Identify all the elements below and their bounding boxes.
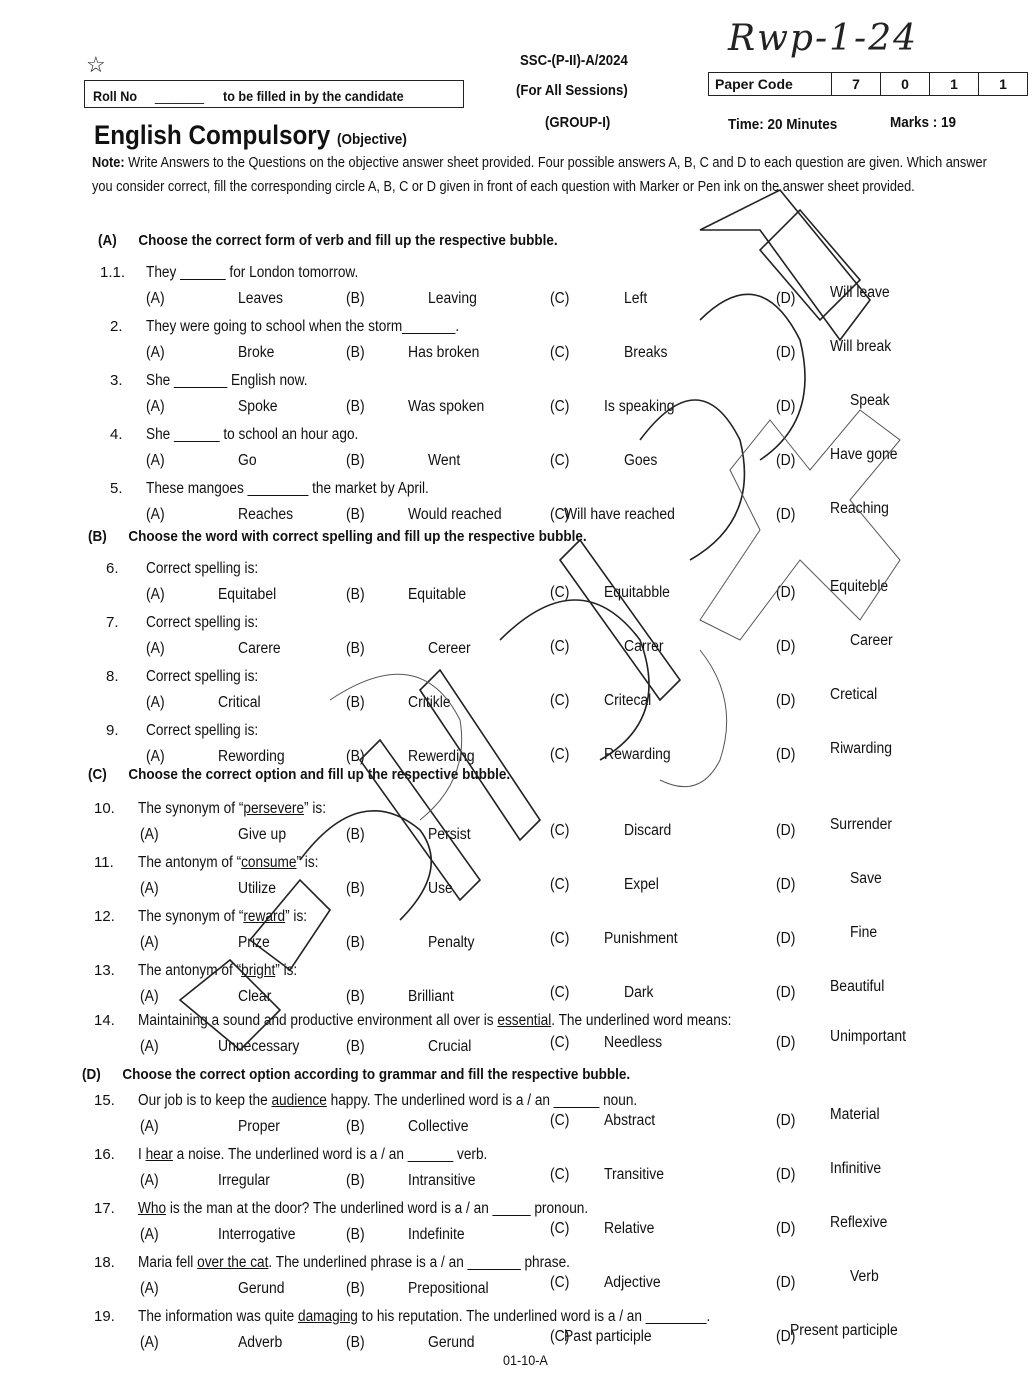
option-letter: (D) [776, 876, 795, 894]
option-b[interactable]: Gerund [428, 1334, 475, 1352]
option-d[interactable]: Fine [850, 924, 877, 942]
question-text-pre: Correct spelling is: [146, 614, 258, 631]
option-d[interactable]: Speak [850, 392, 890, 410]
option-a[interactable]: Gerund [238, 1280, 285, 1298]
option-c[interactable]: Punishment [604, 930, 678, 948]
question-text-pre: Correct spelling is: [146, 722, 258, 739]
question-text-post: ” is: [285, 908, 307, 925]
option-d[interactable]: Riwarding [830, 740, 892, 758]
question-text-pre: She ______ to school an hour ago. [146, 426, 358, 443]
page-code: 01-10-A [503, 1352, 548, 1368]
question-number: 8. [106, 668, 119, 685]
option-letter: (A) [140, 1280, 159, 1298]
option-letter: (A) [146, 398, 165, 416]
option-c[interactable]: Goes [624, 452, 657, 470]
option-letter: (D) [776, 344, 795, 362]
option-b[interactable]: Went [428, 452, 460, 470]
question-text-post: ” is: [304, 800, 326, 817]
option-a[interactable]: Proper [238, 1118, 280, 1136]
option-b[interactable]: Persist [428, 826, 471, 844]
question-number: 17. [94, 1200, 115, 1217]
option-letter: (A) [146, 694, 165, 712]
option-a[interactable]: Broke [238, 344, 274, 362]
section-heading: (D)Choose the correct option according t… [82, 1066, 630, 1083]
group: (GROUP-I) [545, 114, 610, 131]
underlined-word: consume [241, 854, 296, 871]
option-letter: (A) [140, 826, 159, 844]
roll-no-label: Roll No [93, 88, 137, 104]
question-text-pre: The synonym of “ [138, 800, 243, 817]
option-b[interactable]: Indefinite [408, 1226, 465, 1244]
subject-type: (Objective) [337, 131, 407, 148]
question-text-post: ” is: [275, 962, 297, 979]
underlined-word: damaging [298, 1308, 358, 1325]
question-text-post: happy. The underlined word is a / an ___… [327, 1092, 637, 1109]
option-letter: (C) [550, 452, 569, 470]
question-number: 3. [110, 372, 123, 389]
section-heading: (C)Choose the correct option and fill up… [88, 766, 510, 783]
question-text: She _______ English now. [146, 372, 308, 390]
option-letter: (D) [776, 984, 795, 1002]
option-b[interactable]: Leaving [428, 290, 477, 308]
option-c[interactable]: Expel [624, 876, 659, 894]
star-icon: ☆ [86, 52, 106, 78]
option-b[interactable]: Brilliant [408, 988, 454, 1006]
option-d[interactable]: Reflexive [830, 1214, 887, 1232]
underlined-word: hear [146, 1146, 173, 1163]
option-letter: (C) [550, 984, 569, 1002]
option-b[interactable]: Collective [408, 1118, 468, 1136]
option-letter: (D) [776, 506, 795, 524]
option-letter: (C) [550, 290, 569, 308]
underlined-word: over the cat [197, 1254, 268, 1271]
option-letter: (C) [550, 638, 569, 656]
option-d[interactable]: Cretical [830, 686, 877, 704]
option-d[interactable]: Unimportant [830, 1028, 906, 1046]
section-instruction: Choose the correct option and fill up th… [128, 766, 510, 783]
option-letter: (B) [346, 452, 365, 470]
question-text-pre: Correct spelling is: [146, 560, 258, 577]
option-letter: (B) [346, 506, 365, 524]
exam-paper: Rwp-1-24 ☆ Roll No _______ to be filled … [0, 0, 1034, 1382]
option-c[interactable]: Equitabble [604, 584, 670, 602]
option-letter: (B) [346, 1172, 365, 1190]
option-letter: (B) [346, 1038, 365, 1056]
option-letter: (A) [146, 452, 165, 470]
option-c[interactable]: Past participle [564, 1328, 652, 1346]
question-text: The information was quite damaging to hi… [138, 1308, 710, 1326]
question-number: 15. [94, 1092, 115, 1109]
question-text-pre: These mangoes ________ the market by Apr… [146, 480, 429, 497]
section-instruction: Choose the word with correct spelling an… [128, 528, 586, 545]
option-b[interactable]: Would reached [408, 506, 502, 524]
option-letter: (A) [140, 934, 159, 952]
question-number: 13. [94, 962, 115, 979]
option-d[interactable]: Surrender [830, 816, 892, 834]
option-c[interactable]: Discard [624, 822, 671, 840]
underlined-word: bright [241, 962, 275, 979]
paper-code-digit: 1 [930, 73, 979, 96]
question-number: 5. [110, 480, 123, 497]
option-letter: (D) [776, 1112, 795, 1130]
option-letter: (C) [550, 1274, 569, 1292]
option-letter: (D) [776, 452, 795, 470]
option-letter: (D) [776, 584, 795, 602]
question-text-post: . The underlined phrase is a / an ______… [268, 1254, 570, 1271]
question-text: They ______ for London tomorrow. [146, 264, 358, 282]
paper-code-digit: 1 [979, 73, 1028, 96]
option-a[interactable]: Carere [238, 640, 281, 658]
question-text-pre: Maria fell [138, 1254, 197, 1271]
option-d[interactable]: Career [850, 632, 893, 650]
question-text: The synonym of “persevere” is: [138, 800, 326, 818]
question-text: Correct spelling is: [146, 614, 258, 632]
option-d[interactable]: Material [830, 1106, 880, 1124]
option-letter: (C) [550, 398, 569, 416]
option-letter: (B) [346, 1280, 365, 1298]
option-letter: (D) [776, 290, 795, 308]
option-letter: (C) [550, 876, 569, 894]
option-a[interactable]: Adverb [238, 1334, 282, 1352]
option-letter: (D) [776, 1274, 795, 1292]
option-letter: (C) [550, 1220, 569, 1238]
option-letter: (D) [776, 1166, 795, 1184]
option-letter: (A) [140, 1118, 159, 1136]
question-number: 16. [94, 1146, 115, 1163]
section-letter: (C) [88, 766, 107, 783]
option-d[interactable]: Beautiful [830, 978, 884, 996]
option-c[interactable]: Critecal [604, 692, 651, 710]
section-letter: (A) [98, 232, 117, 249]
question-text-pre: Maintaining a sound and productive envir… [138, 1012, 497, 1029]
question-number: 7. [106, 614, 119, 631]
option-c[interactable]: Left [624, 290, 647, 308]
option-a[interactable]: Give up [238, 826, 286, 844]
option-letter: (D) [776, 1034, 795, 1052]
section-heading: (B)Choose the word with correct spelling… [88, 528, 587, 545]
option-letter: (D) [776, 746, 795, 764]
sessions: (For All Sessions) [516, 82, 628, 99]
option-letter: (D) [776, 822, 795, 840]
option-c[interactable]: Carrer [624, 638, 664, 656]
question-text-pre: They ______ for London tomorrow. [146, 264, 358, 281]
option-letter: (B) [346, 988, 365, 1006]
question-text: These mangoes ________ the market by Apr… [146, 480, 429, 498]
option-letter: (B) [346, 826, 365, 844]
subject-name: English Compulsory [94, 120, 330, 150]
question-text: Maintaining a sound and productive envir… [138, 1012, 731, 1030]
option-b[interactable]: Crucial [428, 1038, 471, 1056]
handwritten-note: Rwp-1-24 [728, 18, 918, 59]
option-a[interactable]: Leaves [238, 290, 283, 308]
section-letter: (D) [82, 1066, 101, 1083]
option-c[interactable]: Dark [624, 984, 653, 1002]
option-a[interactable]: Go [238, 452, 257, 470]
option-d[interactable]: Have gone [830, 446, 897, 464]
question-text: They were going to school when the storm… [146, 318, 459, 336]
question-number: 1.1. [100, 264, 125, 281]
question-text: She ______ to school an hour ago. [146, 426, 358, 444]
roll-no-box: Roll No _______ to be filled in by the c… [84, 80, 464, 108]
option-letter: (A) [146, 586, 165, 604]
question-text-post: . The underlined word means: [551, 1012, 731, 1029]
option-c[interactable]: Transitive [604, 1166, 664, 1184]
section-letter: (B) [88, 528, 107, 545]
option-letter: (A) [140, 880, 159, 898]
section-heading: (A)Choose the correct form of verb and f… [98, 232, 558, 249]
question-text: Maria fell over the cat. The underlined … [138, 1254, 570, 1272]
option-letter: (B) [346, 344, 365, 362]
question-text-pre: The synonym of “ [138, 908, 243, 925]
option-letter: (A) [146, 748, 165, 766]
option-a[interactable]: Interrogative [218, 1226, 296, 1244]
question-text-post: a noise. The underlined word is a / an _… [173, 1146, 487, 1163]
question-text: The synonym of “reward” is: [138, 908, 307, 926]
option-c[interactable]: Will have reached [564, 506, 675, 524]
underlined-word: essential [497, 1012, 551, 1029]
option-d[interactable]: Present participle [790, 1322, 898, 1340]
option-letter: (B) [346, 1118, 365, 1136]
question-text: Correct spelling is: [146, 560, 258, 578]
option-c[interactable]: Is speaking [604, 398, 675, 416]
question-text-pre: She _______ English now. [146, 372, 308, 389]
question-number: 12. [94, 908, 115, 925]
question-text-pre: The antonym of “ [138, 962, 241, 979]
option-a[interactable]: Equitabel [218, 586, 276, 604]
question-text: I hear a noise. The underlined word is a… [138, 1146, 487, 1164]
option-letter: (B) [346, 586, 365, 604]
question-text: The antonym of “consume” is: [138, 854, 318, 872]
option-letter: (B) [346, 694, 365, 712]
option-a[interactable]: Reaches [238, 506, 293, 524]
option-a[interactable]: Prize [238, 934, 270, 952]
question-text: Who is the man at the door? The underlin… [138, 1200, 588, 1218]
option-letter: (D) [776, 398, 795, 416]
question-text-post: ” is: [296, 854, 318, 871]
option-d[interactable]: Reaching [830, 500, 889, 518]
question-number: 9. [106, 722, 119, 739]
paper-code-label: Paper Code [709, 73, 832, 96]
option-c[interactable]: Abstract [604, 1112, 655, 1130]
option-letter: (C) [550, 930, 569, 948]
option-a[interactable]: Critical [218, 694, 261, 712]
option-a[interactable]: Clear [238, 988, 271, 1006]
option-c[interactable]: Needless [604, 1034, 662, 1052]
option-letter: (A) [146, 640, 165, 658]
question-text-pre: The information was quite [138, 1308, 298, 1325]
question-number: 18. [94, 1254, 115, 1271]
option-d[interactable]: Will leave [830, 284, 890, 302]
question-number: 19. [94, 1308, 115, 1325]
option-letter: (A) [140, 1172, 159, 1190]
note-text: Write Answers to the Questions on the ob… [92, 155, 987, 195]
option-letter: (C) [550, 746, 569, 764]
section-instruction: Choose the correct form of verb and fill… [138, 232, 557, 249]
option-letter: (B) [346, 398, 365, 416]
option-letter: (A) [146, 344, 165, 362]
option-d[interactable]: Save [850, 870, 882, 888]
option-letter: (C) [550, 822, 569, 840]
option-letter: (C) [550, 1112, 569, 1130]
question-text: Our job is to keep the audience happy. T… [138, 1092, 637, 1110]
option-b[interactable]: Has broken [408, 344, 479, 362]
option-c[interactable]: Relative [604, 1220, 654, 1238]
option-letter: (B) [346, 290, 365, 308]
question-number: 4. [110, 426, 123, 443]
option-letter: (A) [140, 988, 159, 1006]
question-number: 6. [106, 560, 119, 577]
time-limit: Time: 20 Minutes [728, 116, 837, 133]
section-instruction: Choose the correct option according to g… [122, 1066, 630, 1083]
option-c[interactable]: Rewarding [604, 746, 671, 764]
option-letter: (C) [550, 584, 569, 602]
option-letter: (A) [140, 1334, 159, 1352]
option-d[interactable]: Equiteble [830, 578, 888, 596]
roll-no-instruction: to be filled in by the candidate [223, 88, 404, 104]
option-c[interactable]: Adjective [604, 1274, 661, 1292]
option-b[interactable]: Critikle [408, 694, 451, 712]
question-text-pre: I [138, 1146, 146, 1163]
question-number: 10. [94, 800, 115, 817]
option-letter: (C) [550, 1166, 569, 1184]
option-b[interactable]: Use [428, 880, 453, 898]
option-letter: (A) [146, 290, 165, 308]
question-text: Correct spelling is: [146, 722, 258, 740]
question-text-pre: Correct spelling is: [146, 668, 258, 685]
option-b[interactable]: Rewerding [408, 748, 475, 766]
paper-code-digit: 7 [832, 73, 881, 96]
total-marks: Marks : 19 [890, 114, 956, 131]
option-letter: (D) [776, 692, 795, 710]
option-a[interactable]: Spoke [238, 398, 278, 416]
option-b[interactable]: Equitable [408, 586, 466, 604]
underlined-word: Who [138, 1200, 166, 1217]
question-text-post: is the man at the door? The underlined w… [166, 1200, 588, 1217]
question-number: 2. [110, 318, 123, 335]
option-a[interactable]: Irregular [218, 1172, 270, 1190]
option-d[interactable]: Will break [830, 338, 891, 356]
question-number: 11. [94, 854, 114, 871]
exam-code: SSC-(P-II)-A/2024 [520, 52, 628, 69]
roll-no-blank: _______ [155, 88, 204, 104]
option-letter: (A) [146, 506, 165, 524]
option-c[interactable]: Breaks [624, 344, 667, 362]
option-b[interactable]: Prepositional [408, 1280, 489, 1298]
option-letter: (D) [776, 930, 795, 948]
option-a[interactable]: Utilize [238, 880, 276, 898]
option-letter: (B) [346, 880, 365, 898]
option-d[interactable]: Infinitive [830, 1160, 881, 1178]
option-letter: (A) [140, 1038, 159, 1056]
option-letter: (B) [346, 934, 365, 952]
option-a[interactable]: Unnecessary [218, 1038, 299, 1056]
question-text-post: to his reputation. The underlined word i… [358, 1308, 710, 1325]
option-letter: (C) [550, 1034, 569, 1052]
option-letter: (B) [346, 1226, 365, 1244]
instructions-note: Note: Write Answers to the Questions on … [92, 152, 990, 199]
question-text: Correct spelling is: [146, 668, 258, 686]
note-label: Note: [92, 155, 125, 171]
option-letter: (D) [776, 1220, 795, 1238]
question-number: 14. [94, 1012, 115, 1029]
option-letter: (D) [776, 638, 795, 656]
option-letter: (B) [346, 748, 365, 766]
option-b[interactable]: Was spoken [408, 398, 484, 416]
question-text-pre: Our job is to keep the [138, 1092, 271, 1109]
option-b[interactable]: Cereer [428, 640, 471, 658]
option-a[interactable]: Rewording [218, 748, 285, 766]
option-letter: (C) [550, 692, 569, 710]
paper-code-table: Paper Code 7 0 1 1 [708, 72, 1028, 96]
paper-code-digit: 0 [881, 73, 930, 96]
option-letter: (A) [140, 1226, 159, 1244]
option-b[interactable]: Penalty [428, 934, 475, 952]
question-text: The antonym of “bright” is: [138, 962, 297, 980]
option-letter: (B) [346, 1334, 365, 1352]
option-letter: (C) [550, 344, 569, 362]
option-letter: (B) [346, 640, 365, 658]
underlined-word: audience [271, 1092, 326, 1109]
option-b[interactable]: Intransitive [408, 1172, 475, 1190]
question-text-pre: The antonym of “ [138, 854, 241, 871]
underlined-word: persevere [243, 800, 304, 817]
question-text-pre: They were going to school when the storm… [146, 318, 459, 335]
subject-title: English Compulsory (Objective) [94, 120, 407, 151]
underlined-word: reward [243, 908, 285, 925]
option-d[interactable]: Verb [850, 1268, 879, 1286]
